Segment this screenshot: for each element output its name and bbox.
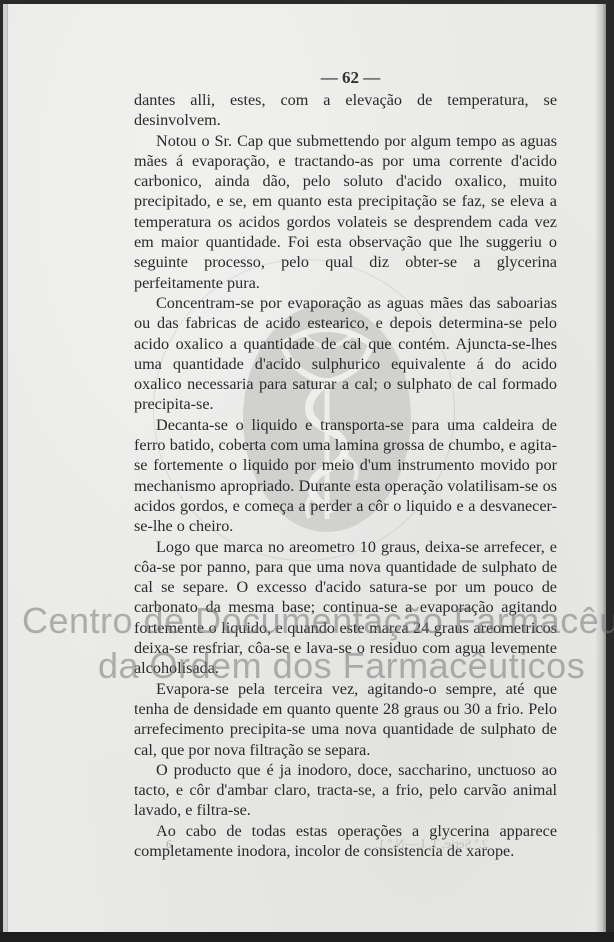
paragraph: dantes alli, estes, com a elevação de te… (134, 90, 557, 131)
page-left-edge (3, 4, 8, 932)
paragraph: Concentram-se por evaporação as aguas mã… (134, 293, 557, 415)
watermark-line-1: Centro de Documentação Farmacêutica (22, 600, 614, 642)
paragraph: Ao cabo de todas estas operações a glyce… (134, 821, 557, 862)
page-text: — 62 — dantes alli, estes, com a elevaçã… (134, 66, 557, 861)
watermark-line-2: da Ordem dos Farmacêuticos (98, 645, 614, 687)
scanned-page: — 62 — dantes alli, estes, com a elevaçã… (3, 4, 606, 932)
page-right-edge (596, 4, 606, 932)
page-number: — 62 — (134, 66, 557, 90)
bleed-through-footer: 2.ª Serie, T. I.—N.º 1. (375, 836, 488, 852)
paragraph: Evapora-se pela terceira vez, agitando-o… (134, 679, 557, 760)
signature-mark: 6 (166, 837, 172, 852)
paragraph: Decanta-se o liquido e transporta-se par… (134, 415, 557, 537)
paragraph: O producto que é ja inodoro, doce, sacch… (134, 760, 557, 821)
scan-bottom-edge (0, 932, 614, 942)
paragraph: Notou o Sr. Cap que submettendo por algu… (134, 131, 557, 293)
